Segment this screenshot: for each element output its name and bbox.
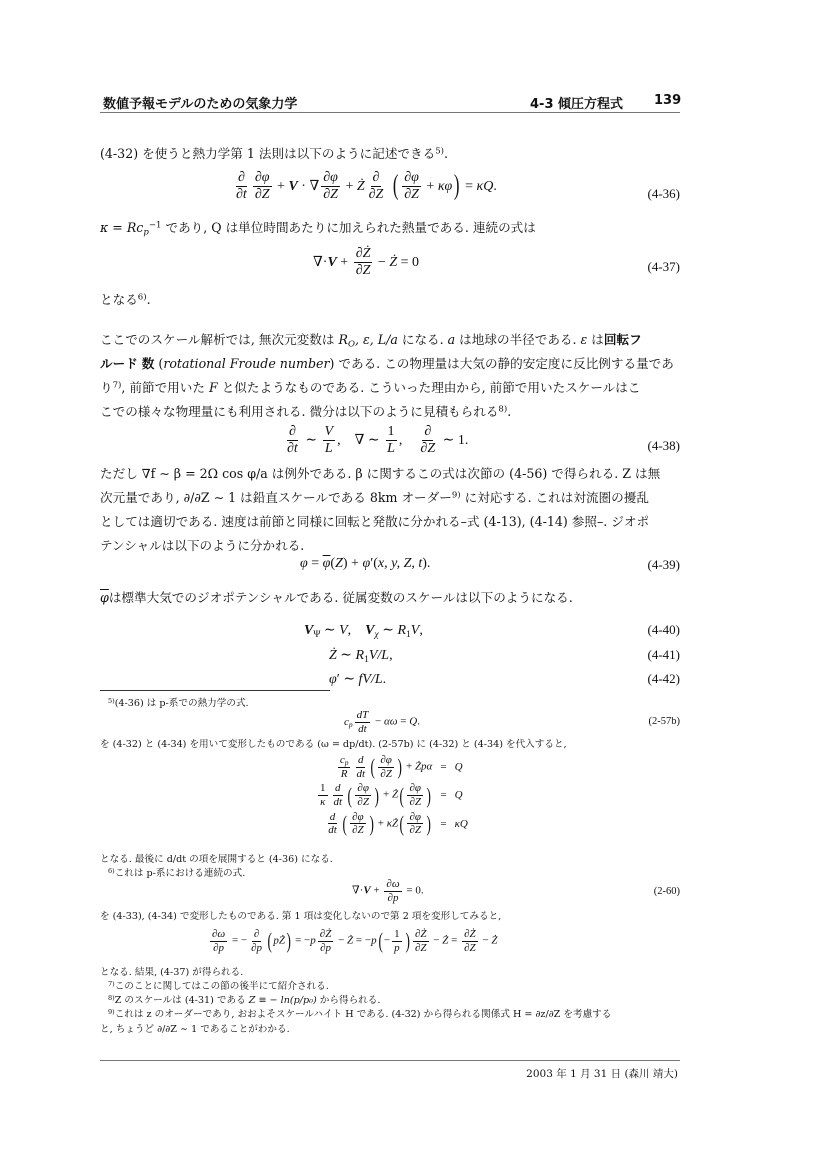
intro-paragraph: (4-32) を使うと熱力学第 1 法則は以下のように記述できる5). xyxy=(100,146,448,162)
equation-4-36: ∂∂t∂φ∂Z + V · ∇∂φ∂Z + Ż∂∂Z (∂φ∂Z + κφ) =… xyxy=(232,170,497,203)
footnote-ref-6: 6) xyxy=(138,293,147,303)
equation-4-39: φ = φ(Z) + φ′(x, y, Z, t). xyxy=(300,556,430,572)
footnote-5-aligned-equations: cpRddt(∂φ∂Z) + Żpα =Q 1κddt(∂φ∂Z) + Ż(∂φ… xyxy=(312,753,472,838)
kappa-definition-line: κ = Rcp−1 であり, Q は単位時間あたりに加えられた熱量である. 連続… xyxy=(100,220,536,236)
scale-paragraph-line-3: り7), 前節で用いた F と似たようなものである. こういった理由から, 前節… xyxy=(100,380,640,396)
page-number: 139 xyxy=(654,93,681,108)
footnote-9-line-2: と, ちょうど ∂/∂Z ∼ 1 であることがわかる. xyxy=(100,1023,290,1036)
footnote-9-line-1: 9)これは z のオーダーであり, おおよそスケールハイト H である. (4-… xyxy=(108,1008,611,1021)
equation-number-2-57b: (2-57b) xyxy=(649,716,681,727)
except-paragraph-line-1: ただし ∇f ∼ β = 2Ω cos φ/a は例外である. β に関するこの… xyxy=(100,466,660,482)
running-header-title: 数値予報モデルのための気象力学 xyxy=(103,93,297,112)
scale-paragraph-line-2: ルード 数 (rotational Froude number) である. この… xyxy=(100,356,674,372)
equation-number-4-39: (4-39) xyxy=(648,557,681,573)
scale-line-4-text: こでの様々な物理量にも利用される. 微分は以下のように見積もられる xyxy=(100,404,498,419)
footnote-6-closing: となる. 結果, (4-37) が得られる. xyxy=(100,966,243,979)
bold-term-part1: 回転フ xyxy=(604,332,642,347)
aligned-row-1: cpRddt(∂φ∂Z) + Żpα =Q xyxy=(312,753,472,781)
footnote-5-text: (4-36) は p-系での熱力学の式. xyxy=(115,698,249,709)
except-paragraph-line-4: テンシャルは以下のように分かれる. xyxy=(100,538,304,554)
footnote-6-mark: 6) xyxy=(108,867,115,875)
footer-date-author: 2003 年 1 月 31 日 (森川 靖大) xyxy=(526,1068,678,1081)
equation-number-4-41: (4-41) xyxy=(648,647,681,663)
footnote-separator xyxy=(100,690,330,691)
except-paragraph-line-2: 次元量であり, ∂/∂Z ∼ 1 は鉛直スケールである 8km オーダー9) に… xyxy=(100,490,649,506)
naru-text: となる xyxy=(100,292,138,307)
equation-4-38: ∂∂t ∼ VL, ∇ ∼ 1L, ∂∂Z ∼ 1. xyxy=(283,424,468,457)
document-page: 数値予報モデルのための気象力学 4-3 傾圧方程式 139 (4-32) を使う… xyxy=(0,0,826,1169)
footnote-7: 7)このことに関してはこの節の後半にて紹介される. xyxy=(108,980,329,993)
footnote-5: 5)(4-36) は p-系での熱力学の式. xyxy=(108,697,249,710)
aligned-row-3: ddt(∂φ∂Z) + κŻ(∂φ∂Z) =κQ xyxy=(312,810,472,838)
footnote-6-derivation: ∂ω∂p = −∂∂p(pŻ) = −p∂Ż∂p − Ż = −p(−1p)∂Ż… xyxy=(208,928,498,954)
footnote-5-closing: となる. 最後に d/dt の項を展開すると (4-36) になる. xyxy=(100,853,333,866)
footnote-9-mark: 9) xyxy=(108,1008,115,1016)
naru-line: となる6). xyxy=(100,292,151,308)
footnote-8-math: Z ≡ − ln(p/p₀) xyxy=(249,995,317,1006)
footnote-5-after: を (4-32) と (4-34) を用いて変形したものである (ω = dp/… xyxy=(100,738,567,751)
footer-rule xyxy=(100,1060,680,1061)
footnote-ref-5: 5) xyxy=(435,147,444,157)
equation-2-60: ∇·V + ∂ω∂p = 0. xyxy=(352,878,424,904)
footnote-7-mark: 7) xyxy=(108,980,115,988)
aligned-row-2: 1κddt(∂φ∂Z) + Ż(∂φ∂Z) =Q xyxy=(312,781,472,809)
header-rule xyxy=(100,112,680,113)
running-header-section: 4-3 傾圧方程式 xyxy=(530,93,623,112)
phibar-text: は標準大気でのジオポテンシャルである. 従属変数のスケールは以下のようになる. xyxy=(109,590,573,605)
equation-number-4-36: (4-36) xyxy=(648,186,681,202)
equation-4-41: Ż ∼ R1V/L, xyxy=(329,647,393,664)
except-line-2a: 次元量であり, ∂/∂Z ∼ 1 は鉛直スケールである 8km オーダー xyxy=(100,490,452,505)
kappa-line-text: であり, Q は単位時間あたりに加えられた熱量である. 連続の式は xyxy=(161,220,535,235)
footnote-6: 6)これは p-系における連続の式. xyxy=(108,867,245,880)
phibar-line: φは標準大気でのジオポテンシャルである. 従属変数のスケールは以下のようになる. xyxy=(100,590,573,606)
footnote-5-mark: 5) xyxy=(108,697,115,705)
footnote-8-post: から得られる. xyxy=(317,995,381,1006)
except-line-2b: に対応する. これは対流圏の擾乱 xyxy=(465,490,649,505)
except-paragraph-line-3: としては適切である. 速度は前節と同様に回転と発散に分かれる–式 (4-13),… xyxy=(100,514,649,530)
equation-4-42: φ′ ∼ fV/L. xyxy=(329,671,386,688)
footnote-8-pre: Z のスケールは (4-31) である xyxy=(115,995,249,1006)
footnote-7-text: このことに関してはこの節の後半にて紹介される. xyxy=(115,981,329,992)
equation-2-57b: cpdTdt − αω = Q. xyxy=(344,709,420,735)
scale-paragraph-line-1: ここでのスケール解析では, 無次元変数は RO, ε, L/a になる. a は… xyxy=(100,332,642,348)
bold-term-part2: ルード xyxy=(100,356,138,371)
equation-4-37: ∇·V + ∂Ż∂Z − Ż = 0 xyxy=(313,246,419,279)
footnote-8-mark: 8) xyxy=(108,994,115,1002)
scale-paragraph-line-4: こでの様々な物理量にも利用される. 微分は以下のように見積もられる8). xyxy=(100,404,511,420)
equation-number-4-37: (4-37) xyxy=(648,259,681,275)
intro-text: (4-32) を使うと熱力学第 1 法則は以下のように記述できる xyxy=(100,146,435,161)
equation-number-4-38: (4-38) xyxy=(648,438,681,454)
footnote-8: 8)Z のスケールは (4-31) である Z ≡ − ln(p/p₀) から得… xyxy=(108,994,380,1007)
equation-4-40: VΨ ∼ V, Vχ ∼ R1V, xyxy=(304,622,423,639)
equation-number-4-40: (4-40) xyxy=(648,622,681,638)
footnote-9-text-1: これは z のオーダーであり, おおよそスケールハイト H である. (4-32… xyxy=(115,1009,612,1020)
equation-number-2-60: (2-60) xyxy=(654,886,680,897)
footnote-6-after: を (4-33), (4-34) で変形したものである. 第 1 項は変化しない… xyxy=(100,910,501,923)
footnote-6-text: これは p-系における連続の式. xyxy=(115,868,246,879)
equation-number-4-42: (4-42) xyxy=(648,671,681,687)
